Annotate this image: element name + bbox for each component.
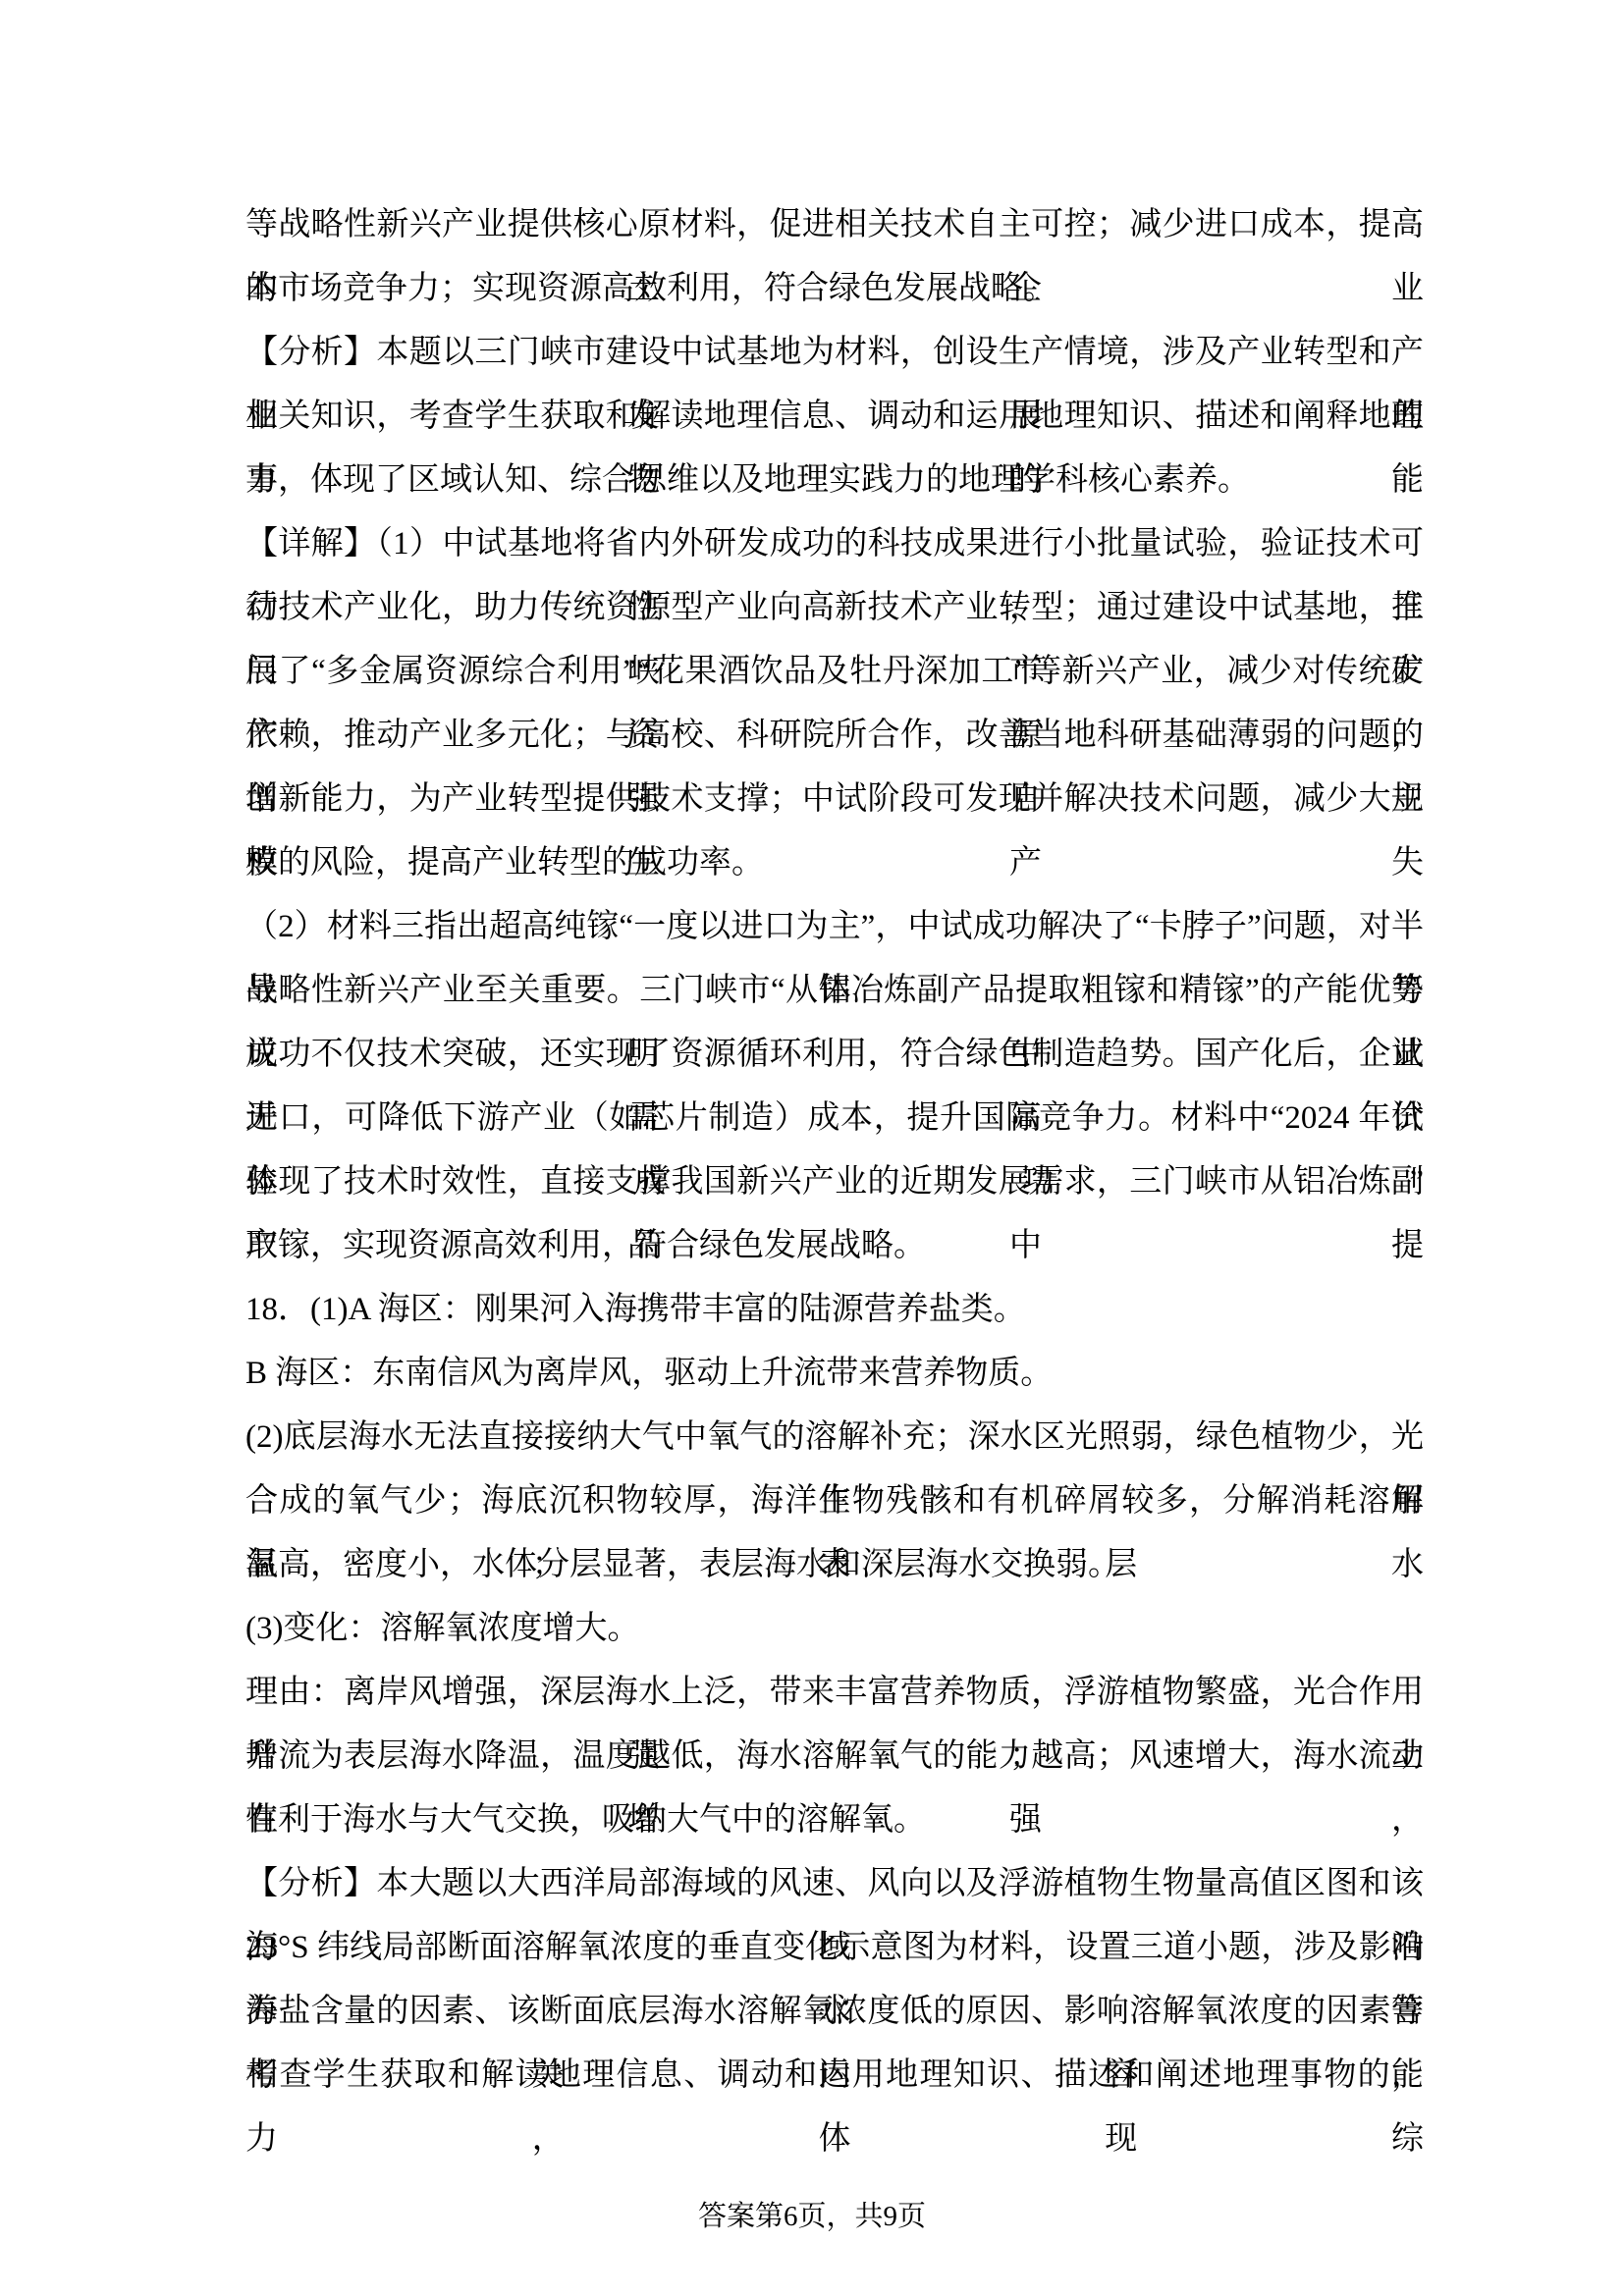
text-line: 18．(1)A 海区：刚果河入海携带丰富的陆源营养盐类。: [245, 1278, 1424, 1342]
text-line: 【分析】本题以三门峡市建设中试基地为材料，创设生产情境，涉及产业转型和产业发展的: [245, 321, 1424, 385]
text-line: 进口，可降低下游产业（如芯片制造）成本，提升国际竞争力。材料中“2024 年试验…: [245, 1087, 1424, 1150]
text-line: 等战略性新兴产业提供核心原材料，促进相关技术自主可控；减少进口成本，提高本土企业: [245, 193, 1424, 257]
text-line: B 海区：东南信风为离岸风，驱动上升流带来营养物质。: [245, 1342, 1424, 1406]
text-line: 体现了技术时效性，直接支撑我国新兴产业的近期发展需求，三门峡市从铝冶炼副产品中提: [245, 1150, 1424, 1214]
answer-text-block: 等战略性新兴产业提供核心原材料，促进相关技术自主可控；减少进口成本，提高本土企业…: [245, 193, 1424, 2108]
text-line: 养盐含量的因素、该断面底层海水溶解氧浓度低的原因、影响溶解氧浓度的因素等相关内容…: [245, 1980, 1424, 2044]
text-line: 23°S 纬线局部断面溶解氧浓度的垂直变化示意图为材料，设置三道小题，涉及影响海…: [245, 1916, 1424, 1980]
text-line: (2)底层海水无法直接接纳大气中氧气的溶解补充；深水区光照弱，绿色植物少，光合作…: [245, 1406, 1424, 1469]
page-footer: 答案第6页，共9页: [0, 2197, 1624, 2236]
text-line: 理由：离岸风增强，深层海水上泛，带来丰富营养物质，浮游植物繁盛，光合作用增强；上: [245, 1661, 1424, 1725]
text-line: 相关知识，考查学生获取和解读地理信息、调动和运用地理知识、描述和阐释地理事物的能: [245, 385, 1424, 449]
text-line: （2）材料三指出超高纯镓“一度以进口为主”，中试成功解决了“卡脖子”问题，对半导…: [245, 895, 1424, 959]
text-line: 动技术产业化，助力传统资源型产业向高新技术产业转型；通过建设中试基地，三门峡市发: [245, 576, 1424, 640]
text-line: 升流为表层海水降温，温度越低，海水溶解氧气的能力越高；风速增大，海水流动性增强，: [245, 1725, 1424, 1789]
text-line: 【分析】本大题以大西洋局部海域的风速、风向以及浮游植物生物量高值区图和该海域沿: [245, 1852, 1424, 1916]
text-line: 展了“多金属资源综合利用”“花果酒饮品及牡丹深加工”等新兴产业，减少对传统矿产资…: [245, 640, 1424, 704]
text-line: (3)变化：溶解氧浓度增大。: [245, 1597, 1424, 1661]
document-page: 等战略性新兴产业提供核心原材料，促进相关技术自主可控；减少进口成本，提高本土企业…: [0, 0, 1624, 2296]
text-line: 合成的氧气少；海底沉积物较厚，海洋生物残骸和有机碎屑较多，分解消耗溶解氧；表层水: [245, 1469, 1424, 1533]
text-line: 【详解】（1）中试基地将省内外研发成功的科技成果进行小批量试验，验证技术可行性，…: [245, 512, 1424, 576]
text-line: 依赖，推动产业多元化；与高校、科研院所合作，改善当地科研基础薄弱的问题，增强自主: [245, 704, 1424, 768]
text-line: 创新能力，为产业转型提供技术支撑；中试阶段可发现并解决技术问题，减少大规模生产失: [245, 768, 1424, 831]
text-line: 考查学生获取和解读地理信息、调动和运用地理知识、描述和阐述地理事物的能力，体现综: [245, 2044, 1424, 2108]
text-line: 成功不仅技术突破，还实现了资源循环利用，符合绿色制造趋势。国产化后，企业无需高价: [245, 1023, 1424, 1087]
text-line: 力，体现了区域认知、综合思维以及地理实践力的地理学科核心素养。: [245, 449, 1424, 512]
text-line: 战略性新兴产业至关重要。三门峡市“从铝冶炼副产品提取粗镓和精镓”的产能优势说明中…: [245, 959, 1424, 1023]
